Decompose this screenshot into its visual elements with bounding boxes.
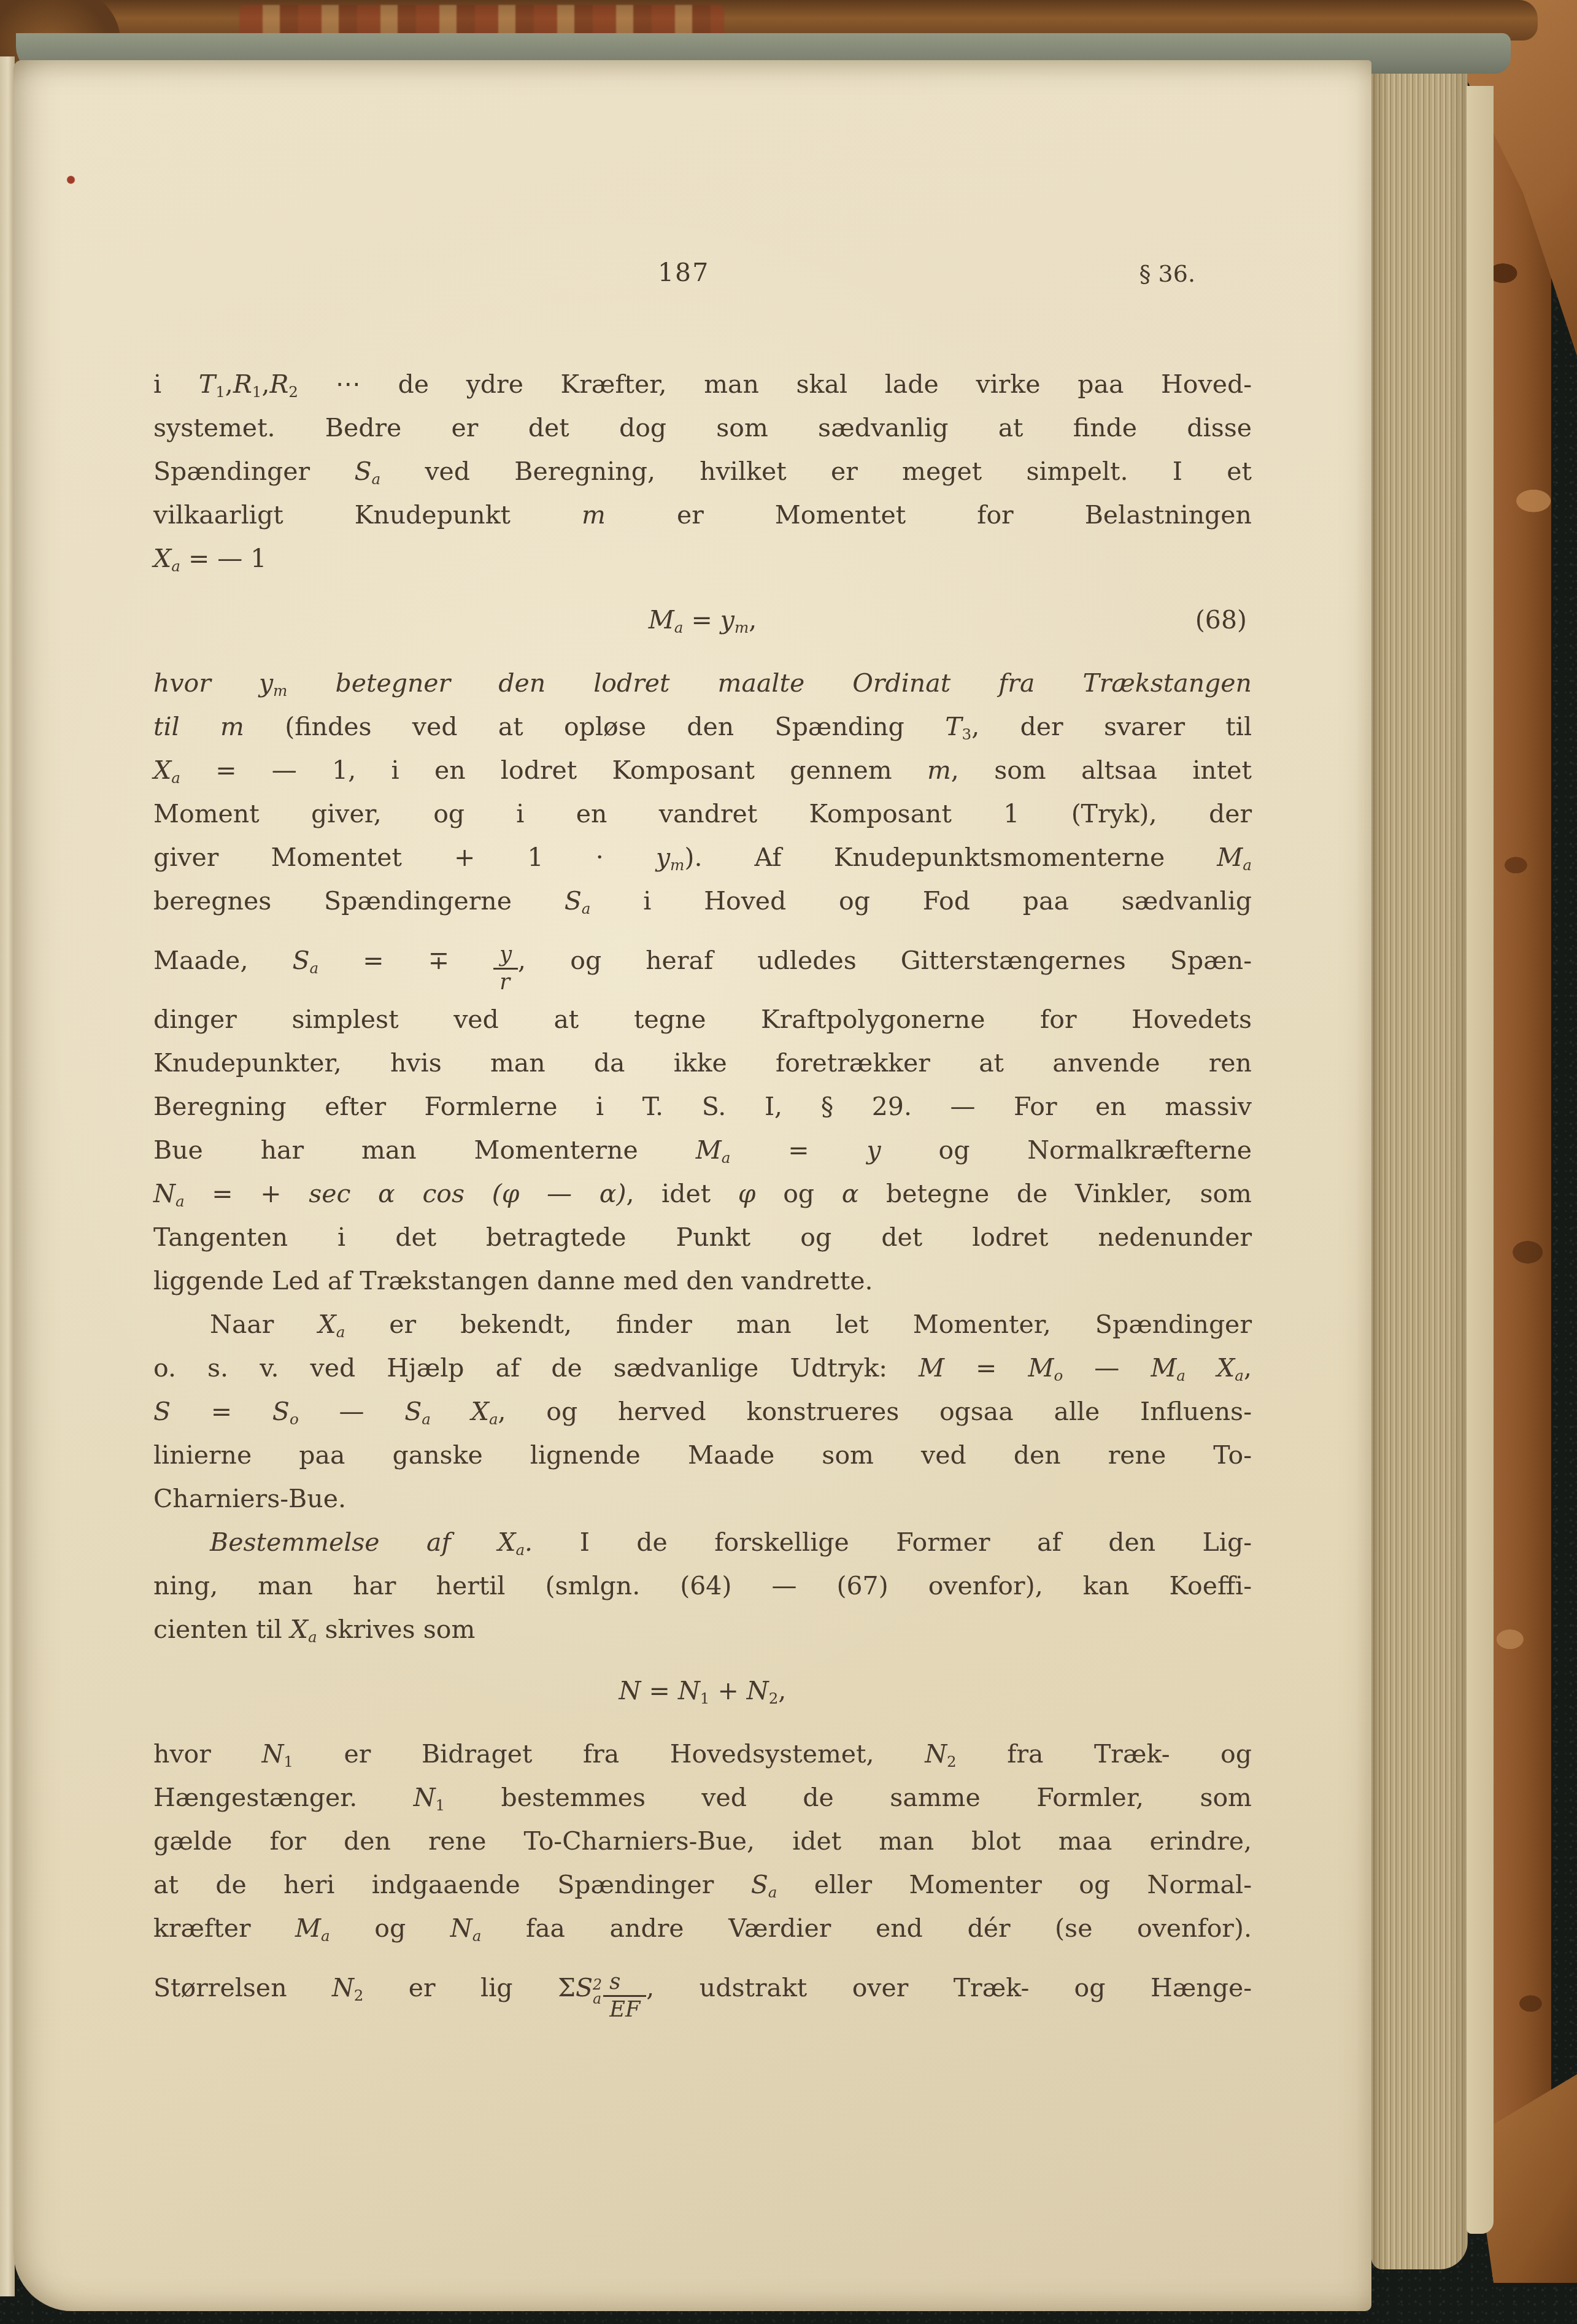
text-line: Beregning efter Formlerne i T. S. I, § 2… bbox=[153, 1085, 1252, 1129]
paragraph: hvor ym betegner den lodret maalte Ordin… bbox=[153, 662, 1252, 1303]
text-line: Bestemmelse af Xa. I de forskellige Form… bbox=[153, 1521, 1252, 1564]
page-number: 187 bbox=[658, 258, 709, 287]
fraction: yr bbox=[493, 943, 518, 994]
text-line: Hængestænger. N1 bestemmes ved de samme … bbox=[153, 1776, 1252, 1820]
text-line: i T1,R1,R2 ⋯ de ydre Kræfter, man skal l… bbox=[153, 363, 1252, 406]
paragraph: Naar Xa er bekendt, finder man let Momen… bbox=[153, 1303, 1252, 1521]
text-line: Na = + sec α cos (φ — α), idet φ og α be… bbox=[153, 1172, 1252, 1216]
text-line: Bue har man Momenterne Ma = y og Normalk… bbox=[153, 1129, 1252, 1172]
page-text-block: 187 § 36. i T1,R1,R2 ⋯ de ydre Kræfter, … bbox=[153, 258, 1252, 2025]
text-line: linierne paa ganske lignende Maade som v… bbox=[153, 1434, 1252, 1477]
text-line: Tangenten i det betragtede Punkt og det … bbox=[153, 1216, 1252, 1259]
text-line: N = N1 + N2, bbox=[153, 1665, 1252, 1716]
text-line: kræfter Ma og Na faa andre Værdier end d… bbox=[153, 1907, 1252, 1950]
text-line: Størrelsen N2 er lig ΣS2asEF, udstrakt o… bbox=[153, 1950, 1252, 2025]
text-line: beregnes Spændingerne Sa i Hoved og Fod … bbox=[153, 879, 1252, 923]
equation-number: (68) bbox=[1195, 594, 1247, 646]
page-block-fore-edge bbox=[1371, 72, 1468, 2269]
text-line: Xa = — 1, i en lodret Komposant gennem m… bbox=[153, 749, 1252, 792]
fraction: sEF bbox=[603, 1971, 646, 2021]
text-line: dinger simplest ved at tegne Kraftpolygo… bbox=[153, 998, 1252, 1041]
text-line: Maade, Sa = ∓ yr, og heraf udledes Gitte… bbox=[153, 923, 1252, 998]
text-line: liggende Led af Trækstangen danne med de… bbox=[153, 1259, 1252, 1303]
text-line: Naar Xa er bekendt, finder man let Momen… bbox=[153, 1303, 1252, 1346]
equation: N = N1 + N2, bbox=[153, 1665, 1252, 1716]
text-line: Ma = ym,(68) bbox=[153, 594, 1252, 646]
equation: Ma = ym,(68) bbox=[153, 594, 1252, 646]
text-line: giver Momentet + 1 · ym). Af Knudepunkts… bbox=[153, 836, 1252, 879]
page-blemish bbox=[66, 176, 75, 184]
text-line: at de heri indgaaende Spændinger Sa elle… bbox=[153, 1863, 1252, 1907]
left-page-edge bbox=[0, 56, 15, 2296]
page-edge-strip bbox=[1467, 86, 1494, 2234]
text-line: Spændinger Sa ved Beregning, hvilket er … bbox=[153, 450, 1252, 493]
text-line: systemet. Bedre er det dog som sædvanlig… bbox=[153, 406, 1252, 450]
text-line: hvor ym betegner den lodret maalte Ordin… bbox=[153, 662, 1252, 705]
paragraph: Bestemmelse af Xa. I de forskellige Form… bbox=[153, 1521, 1252, 1651]
book-cover-right-edge bbox=[1492, 0, 1551, 2277]
section-number: § 36. bbox=[1139, 260, 1195, 287]
text-line: gælde for den rene To-Charniers-Bue, ide… bbox=[153, 1820, 1252, 1863]
superscript-subscript: 2a bbox=[593, 1978, 602, 2006]
paragraph: i T1,R1,R2 ⋯ de ydre Kræfter, man skal l… bbox=[153, 363, 1252, 581]
text-line: o. s. v. ved Hjælp af de sædvanlige Udtr… bbox=[153, 1346, 1252, 1390]
paragraph: hvor N1 er Bidraget fra Hovedsystemet, N… bbox=[153, 1732, 1252, 2025]
text-line: ning, man har hertil (smlgn. (64) — (67)… bbox=[153, 1564, 1252, 1608]
text-line: S = So — Sa Xa, og herved konstrueres og… bbox=[153, 1390, 1252, 1434]
text-line: hvor N1 er Bidraget fra Hovedsystemet, N… bbox=[153, 1732, 1252, 1776]
text-line: Xa = — 1 bbox=[153, 537, 1252, 581]
scanned-book-photo: 187 § 36. i T1,R1,R2 ⋯ de ydre Kræfter, … bbox=[0, 0, 1577, 2324]
text-line: Charniers-Bue. bbox=[153, 1477, 1252, 1521]
text-line: vilkaarligt Knudepunkt m er Momentet for… bbox=[153, 493, 1252, 537]
text-line: til m (findes ved at opløse den Spænding… bbox=[153, 705, 1252, 749]
page-header: 187 § 36. bbox=[153, 258, 1252, 301]
text-line: Knudepunkter, hvis man da ikke foretrækk… bbox=[153, 1041, 1252, 1085]
text-line: Moment giver, og i en vandret Komposant … bbox=[153, 792, 1252, 836]
text-line: cienten til Xa skrives som bbox=[153, 1608, 1252, 1651]
